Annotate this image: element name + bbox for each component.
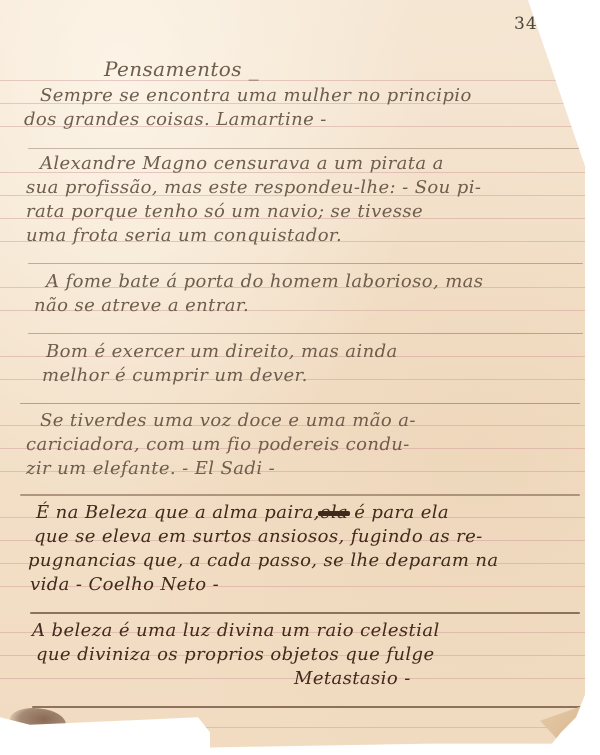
struck-out-word: ela xyxy=(320,502,348,523)
quote-signature: Metastasio - xyxy=(294,668,411,689)
paper-sheet: 34 Pensamentos _ Sempre se encontra uma … xyxy=(0,0,600,755)
section-divider xyxy=(28,263,583,264)
ruled-line xyxy=(0,678,586,679)
section-divider xyxy=(32,706,584,708)
page-number: 34 xyxy=(514,14,538,34)
quote-text: É na Beleza que a alma paira, xyxy=(36,502,320,523)
page-title: Pensamentos _ xyxy=(104,57,259,81)
quote-line: zir um elefante. - El Sadi - xyxy=(26,458,275,479)
ink-stain xyxy=(10,708,66,736)
quote-text: é para ela xyxy=(348,502,449,523)
quote-line: rata porque tenho só um navio; se tivess… xyxy=(26,201,423,222)
folded-corner xyxy=(540,705,585,740)
ruled-line xyxy=(0,727,586,728)
quote-line: que diviniza os proprios objetos que ful… xyxy=(36,644,435,665)
section-divider xyxy=(20,494,580,496)
quote-line: dos grandes coisas. Lamartine - xyxy=(24,109,327,130)
section-divider xyxy=(30,612,580,614)
manuscript-scan: 34 Pensamentos _ Sempre se encontra uma … xyxy=(0,0,600,755)
quote-line: que se eleva em surtos ansiosos, fugindo… xyxy=(34,526,483,547)
quote-line: melhor é cumprir um dever. xyxy=(42,365,308,386)
section-divider xyxy=(20,403,580,404)
ruled-line xyxy=(0,80,586,81)
quote-line: Bom é exercer um direito, mas ainda xyxy=(46,341,398,362)
quote-line: sua profissão, mas este respondeu-lhe: -… xyxy=(26,177,481,198)
quote-line: uma frota seria um conquistador. xyxy=(26,225,342,246)
quote-line: Se tiverdes uma voz doce e uma mão a- xyxy=(40,410,416,431)
quote-line: vida - Coelho Neto - xyxy=(30,574,219,595)
quote-line: É na Beleza que a alma paira,ela é para … xyxy=(36,502,449,523)
quote-line: A fome bate á porta do homem laborioso, … xyxy=(46,271,483,292)
quote-line: pugnancias que, a cada passo, se lhe dep… xyxy=(28,550,499,571)
section-divider xyxy=(28,333,583,334)
quote-line: Alexandre Magno censurava a um pirata a xyxy=(40,153,444,174)
quote-line: cariciadora, com um fio podereis condu- xyxy=(26,434,410,455)
section-divider xyxy=(28,148,583,149)
quote-line: Sempre se encontra uma mulher no princip… xyxy=(40,85,472,106)
quote-line: não se atreve a entrar. xyxy=(34,295,249,316)
quote-line: A beleza é uma luz divina um raio celest… xyxy=(32,620,440,641)
